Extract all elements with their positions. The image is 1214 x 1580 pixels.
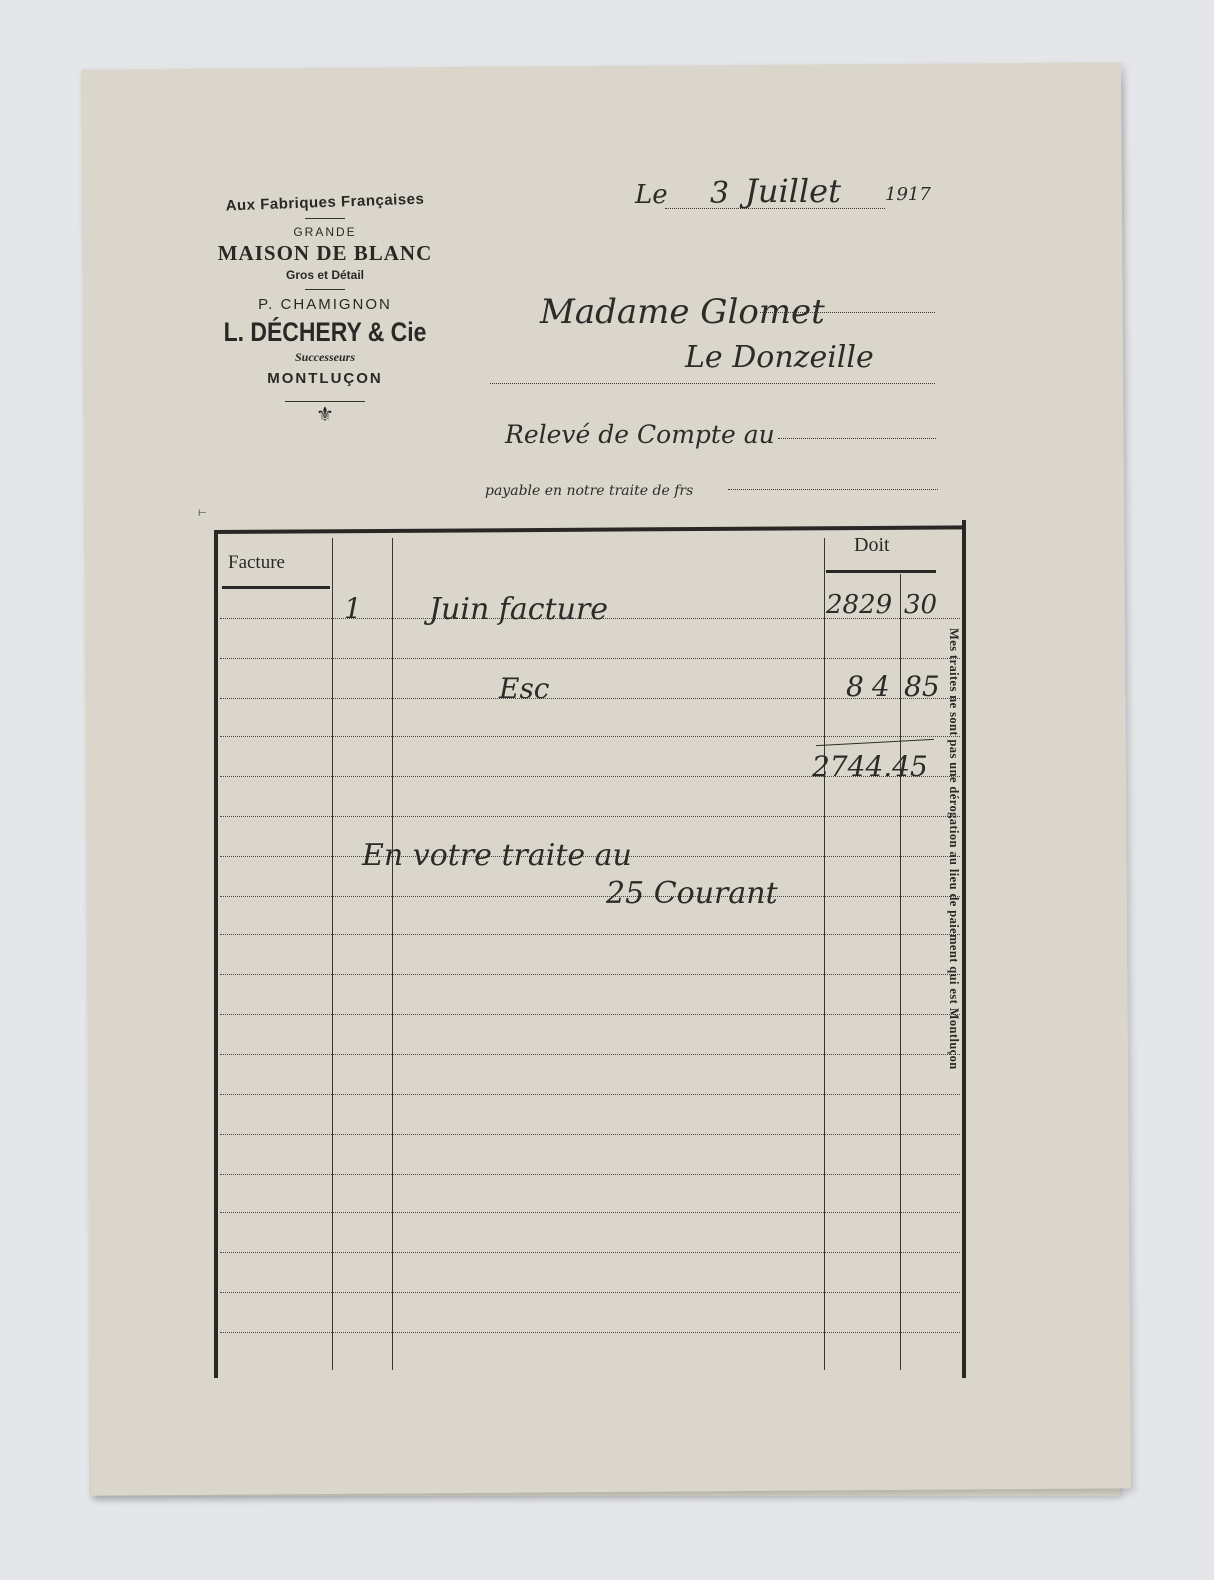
column-divider bbox=[392, 538, 393, 1370]
row-day: 1 bbox=[344, 592, 362, 625]
letterhead-arc-text: Aux Fabriques Françaises bbox=[200, 190, 450, 216]
date-month: Juillet bbox=[745, 172, 841, 210]
releve-label: Relevé de Compte au bbox=[505, 420, 775, 449]
letterhead-maison: MAISON DE BLANC bbox=[200, 241, 450, 266]
ornament-divider bbox=[305, 289, 345, 290]
row-line bbox=[220, 1094, 960, 1095]
row-line bbox=[220, 896, 960, 897]
letterhead-company: L. DÉCHERY & Cie bbox=[219, 317, 432, 348]
row-line bbox=[220, 1292, 960, 1293]
row-line bbox=[220, 1212, 960, 1213]
row-total: 2744.45 bbox=[812, 750, 928, 783]
side-note: Mes traites ne sont pas une dérogation a… bbox=[946, 628, 961, 1070]
fleur-de-lis-icon: ⚜ bbox=[200, 404, 450, 426]
ornament-divider bbox=[305, 218, 345, 219]
column-header-facture: Facture bbox=[228, 552, 285, 574]
row-francs: 84 bbox=[846, 670, 898, 703]
corner-mark: ⊢ bbox=[198, 508, 207, 519]
date-year: 1917 bbox=[885, 184, 931, 205]
releve-dotted-line bbox=[778, 438, 936, 439]
table-right-border bbox=[962, 520, 966, 1378]
header-rule bbox=[826, 570, 936, 573]
row-centimes: 30 bbox=[904, 590, 937, 620]
column-divider bbox=[332, 538, 333, 1370]
letterhead-rule bbox=[285, 401, 365, 402]
date-day: 3 bbox=[710, 176, 729, 211]
payable-dotted-line bbox=[728, 489, 938, 490]
letterhead: Aux Fabriques Françaises GRANDE MAISON D… bbox=[200, 180, 450, 426]
letterhead-chamignon: P. CHAMIGNON bbox=[200, 296, 450, 313]
column-divider bbox=[900, 574, 901, 1370]
sum-rule bbox=[816, 739, 934, 746]
row-line bbox=[220, 1054, 960, 1055]
payable-label: payable en notre traite de frs bbox=[485, 483, 693, 499]
letterhead-successeurs: Successeurs bbox=[200, 350, 450, 365]
date-prefix: Le bbox=[635, 180, 668, 210]
row-line bbox=[220, 1014, 960, 1015]
row-line bbox=[220, 1332, 960, 1333]
table-left-border bbox=[214, 534, 218, 1378]
row-centimes: 85 bbox=[904, 670, 940, 703]
row-line bbox=[220, 974, 960, 975]
letterhead-city: MONTLUÇON bbox=[200, 370, 450, 387]
date-line: Le 3 Juillet 1917 bbox=[635, 180, 935, 210]
row-line bbox=[220, 658, 960, 659]
row-line bbox=[220, 934, 960, 935]
row-description: Esc bbox=[499, 672, 550, 705]
row-description: Juin facture bbox=[429, 592, 608, 627]
header-rule bbox=[222, 586, 330, 589]
row-line bbox=[220, 816, 960, 817]
row-francs: 2829 bbox=[826, 590, 892, 620]
account-table: Facture Doit 1 Juin facture 2829 30 Esc … bbox=[214, 520, 966, 1378]
address-dotted-line bbox=[760, 312, 935, 313]
letterhead-grande: GRANDE bbox=[200, 225, 450, 239]
row-line bbox=[220, 1174, 960, 1175]
address-dotted-line bbox=[490, 383, 935, 384]
row-line bbox=[220, 1134, 960, 1135]
date-dotted-line bbox=[665, 208, 885, 209]
letterhead-gros: Gros et Détail bbox=[200, 268, 450, 282]
row-line bbox=[220, 736, 960, 737]
payment-note-line-1: En votre traite au bbox=[362, 838, 632, 873]
column-divider bbox=[824, 538, 825, 1370]
recipient-place: Le Donzeille bbox=[685, 340, 874, 375]
payment-note-line-2: 25 Courant bbox=[606, 876, 778, 911]
column-header-doit: Doit bbox=[854, 534, 890, 557]
row-line bbox=[220, 1252, 960, 1253]
table-top-border bbox=[214, 525, 966, 534]
